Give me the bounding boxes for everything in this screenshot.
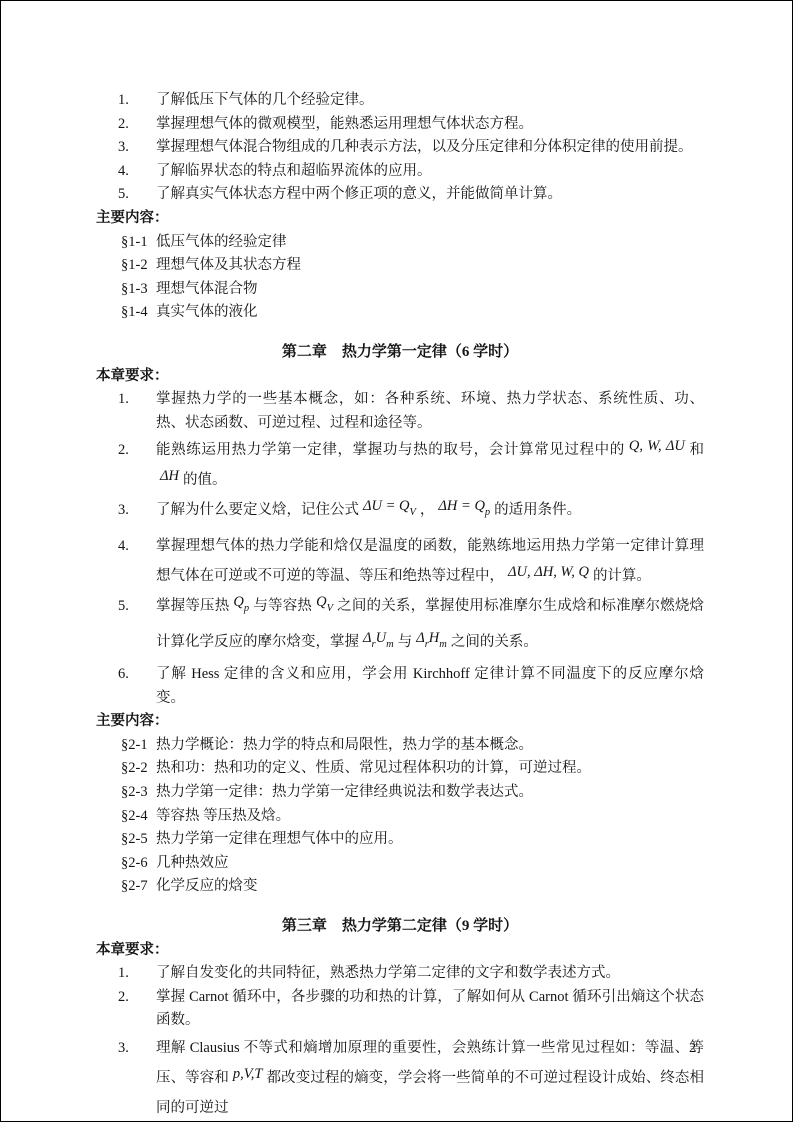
item-text: 掌握理想气体的微观模型，能熟悉运用理想气体状态方程。 bbox=[156, 116, 533, 132]
section-item: §2-5 热力学第一定律在理想气体中的应用。 bbox=[96, 828, 704, 852]
item-number: 3. bbox=[118, 1033, 129, 1063]
section-item: §2-4 等容热 等压热及焓。 bbox=[96, 805, 704, 829]
section-item: §1-1 低压气体的经验定律 bbox=[96, 231, 704, 255]
inline-formula: ΔH = Qp bbox=[434, 498, 494, 514]
section-title: 化学反应的焓变 bbox=[156, 878, 258, 894]
inline-formula: ΔrHm bbox=[412, 630, 451, 646]
inline-formula: ΔU = QV bbox=[359, 498, 420, 514]
section-id: §2-7 bbox=[121, 875, 148, 899]
section-item: §1-2 理想气体及其状态方程 bbox=[96, 254, 704, 278]
section-title: 几种热效应 bbox=[156, 855, 229, 871]
main-content-label: 主要内容： bbox=[96, 207, 704, 231]
section-title: 理想气体及其状态方程 bbox=[156, 257, 301, 273]
item-text: 与等容热 bbox=[253, 598, 312, 614]
item-number: 2. bbox=[118, 435, 129, 465]
section-id: §2-5 bbox=[121, 828, 148, 852]
list-item: 1. 掌握热力学的一些基本概念，如：各种系统、环境、热力学状态、系统性质、功、热… bbox=[96, 388, 704, 435]
item-text: 了解自发变化的共同特征，熟悉热力学第二定律的文字和数学表述方式。 bbox=[156, 965, 620, 981]
list-item: 1. 了解自发变化的共同特征，熟悉热力学第二定律的文字和数学表述方式。 bbox=[96, 962, 704, 986]
section-item: §2-6 几种热效应 bbox=[96, 852, 704, 876]
section-item: §2-7 化学反应的焓变 bbox=[96, 875, 704, 899]
section-item: §1-3 理想气体混合物 bbox=[96, 278, 704, 302]
list-item: 1. 了解低压下气体的几个经验定律。 bbox=[96, 89, 704, 113]
item-number: 5. bbox=[118, 183, 129, 207]
item-text: 的值。 bbox=[183, 472, 227, 488]
item-text: 和 bbox=[689, 442, 704, 458]
item-text: ， bbox=[420, 502, 435, 518]
item-number: 1. bbox=[118, 89, 129, 113]
page-content: 1. 了解低压下气体的几个经验定律。 2. 掌握理想气体的微观模型，能熟悉运用理… bbox=[96, 89, 704, 1122]
section-title: 理想气体混合物 bbox=[156, 281, 258, 297]
section-id: §1-2 bbox=[121, 254, 148, 278]
item-text: 了解低压下气体的几个经验定律。 bbox=[156, 92, 374, 108]
list-item: 5. 了解真实气体状态方程中两个修正项的意义，并能做简单计算。 bbox=[96, 183, 704, 207]
section-title: 真实气体的液化 bbox=[156, 304, 258, 320]
section-id: §1-3 bbox=[121, 278, 148, 302]
item-number: 1. bbox=[118, 962, 129, 986]
page-number: 2 bbox=[689, 1041, 696, 1057]
inline-formula: ΔU, ΔH, W, Q bbox=[504, 564, 593, 580]
chapter-heading: 第三章 热力学第二定律（9 学时） bbox=[96, 915, 704, 939]
item-text: 与 bbox=[398, 634, 413, 650]
section-id: §2-6 bbox=[121, 852, 148, 876]
section-id: §1-4 bbox=[121, 301, 148, 325]
document-page: 1. 了解低压下气体的几个经验定律。 2. 掌握理想气体的微观模型，能熟悉运用理… bbox=[0, 0, 793, 1122]
inline-formula: ΔrUm bbox=[359, 630, 398, 646]
list-item: 2. 掌握 Carnot 循环中，各步骤的功和热的计算，了解如何从 Carnot… bbox=[96, 986, 704, 1033]
chapter-heading: 第二章 热力学第一定律（6 学时） bbox=[96, 341, 704, 365]
item-number: 1. bbox=[118, 388, 129, 412]
section-title: 等容热 等压热及焓。 bbox=[156, 808, 290, 824]
item-number: 2. bbox=[118, 986, 129, 1010]
section-item: §2-3 热力学第一定律：热力学第一定律经典说法和数学表达式。 bbox=[96, 781, 704, 805]
section-title: 热力学第一定律在理想气体中的应用。 bbox=[156, 831, 403, 847]
list-item: 3. 掌握理想气体混合物组成的几种表示方法，以及分压定律和分体积定律的使用前提。 bbox=[96, 136, 704, 160]
item-number: 2. bbox=[118, 113, 129, 137]
list-item: 4. 掌握理想气体的热力学能和焓仅是温度的函数，能熟练地运用热力学第一定律计算理… bbox=[96, 531, 704, 591]
section-id: §2-1 bbox=[121, 734, 148, 758]
list-item: 4. 了解临界状态的特点和超临界流体的应用。 bbox=[96, 160, 704, 184]
item-text: 掌握 Carnot 循环中，各步骤的功和热的计算，了解如何从 Carnot 循环… bbox=[156, 989, 704, 1029]
item-text: 的计算。 bbox=[593, 568, 651, 584]
section-title: 低压气体的经验定律 bbox=[156, 234, 287, 250]
item-text: 了解真实气体状态方程中两个修正项的意义，并能做简单计算。 bbox=[156, 186, 562, 202]
inline-formula: ΔH bbox=[156, 468, 183, 484]
item-text: 能熟练运用热力学第一定律，掌握功与热的取号，会计算常见过程中的 bbox=[156, 442, 625, 458]
item-text: 掌握等压热 bbox=[156, 598, 229, 614]
inline-formula: Q, W, ΔU bbox=[625, 438, 689, 454]
section-id: §1-1 bbox=[121, 231, 148, 255]
inline-formula: QV bbox=[312, 594, 337, 610]
item-text: 掌握理想气体混合物组成的几种表示方法，以及分压定律和分体积定律的使用前提。 bbox=[156, 139, 693, 155]
section-title: 热力学第一定律：热力学第一定律经典说法和数学表达式。 bbox=[156, 784, 533, 800]
item-number: 3. bbox=[118, 136, 129, 160]
list-item: 2. 能熟练运用热力学第一定律，掌握功与热的取号，会计算常见过程中的Q, W, … bbox=[96, 435, 704, 495]
list-item: 2. 掌握理想气体的微观模型，能熟悉运用理想气体状态方程。 bbox=[96, 113, 704, 137]
list-item: 3. 理解 Clausius 不等式和熵增加原理的重要性，会熟练计算一些常见过程… bbox=[96, 1033, 704, 1122]
section-item: §1-4 真实气体的液化 bbox=[96, 301, 704, 325]
section-title: 热和功：热和功的定义、性质、常见过程体积功的计算，可逆过程。 bbox=[156, 760, 591, 776]
item-text: 了解为什么要定义焓，记住公式 bbox=[156, 502, 359, 518]
item-number: 4. bbox=[118, 160, 129, 184]
requirements-label: 本章要求： bbox=[96, 365, 704, 389]
inline-formula: p,V,T bbox=[229, 1066, 267, 1082]
section-title: 热力学概论：热力学的特点和局限性，热力学的基本概念。 bbox=[156, 737, 533, 753]
list-item: 6. 了解 Hess 定律的含义和应用，学会用 Kirchhoff 定律计算不同… bbox=[96, 663, 704, 710]
main-content-label: 主要内容： bbox=[96, 710, 704, 734]
item-text: 之间的关系。 bbox=[451, 634, 538, 650]
item-number: 6. bbox=[118, 663, 129, 687]
section-id: §2-2 bbox=[121, 757, 148, 781]
requirements-label: 本章要求： bbox=[96, 939, 704, 963]
item-text: 了解 Hess 定律的含义和应用，学会用 Kirchhoff 定律计算不同温度下… bbox=[156, 666, 704, 706]
inline-formula: Qp bbox=[229, 594, 253, 610]
section-item: §2-1 热力学概论：热力学的特点和局限性，热力学的基本概念。 bbox=[96, 734, 704, 758]
section-id: §2-4 bbox=[121, 805, 148, 829]
item-text: 的适用条件。 bbox=[494, 502, 581, 518]
item-text: 掌握热力学的一些基本概念，如：各种系统、环境、热力学状态、系统性质、功、热、状态… bbox=[156, 391, 704, 431]
item-text: 了解临界状态的特点和超临界流体的应用。 bbox=[156, 163, 432, 179]
list-item: 5. 掌握等压热Qp与等容热QV之间的关系，掌握使用标准摩尔生成焓和标准摩尔燃烧… bbox=[96, 591, 704, 663]
section-id: §2-3 bbox=[121, 781, 148, 805]
item-number: 5. bbox=[118, 591, 129, 621]
item-number: 3. bbox=[118, 495, 129, 525]
section-item: §2-2 热和功：热和功的定义、性质、常见过程体积功的计算，可逆过程。 bbox=[96, 757, 704, 781]
item-number: 4. bbox=[118, 531, 129, 561]
list-item: 3. 了解为什么要定义焓，记住公式ΔU = QV，ΔH = Qp的适用条件。 bbox=[96, 495, 704, 531]
